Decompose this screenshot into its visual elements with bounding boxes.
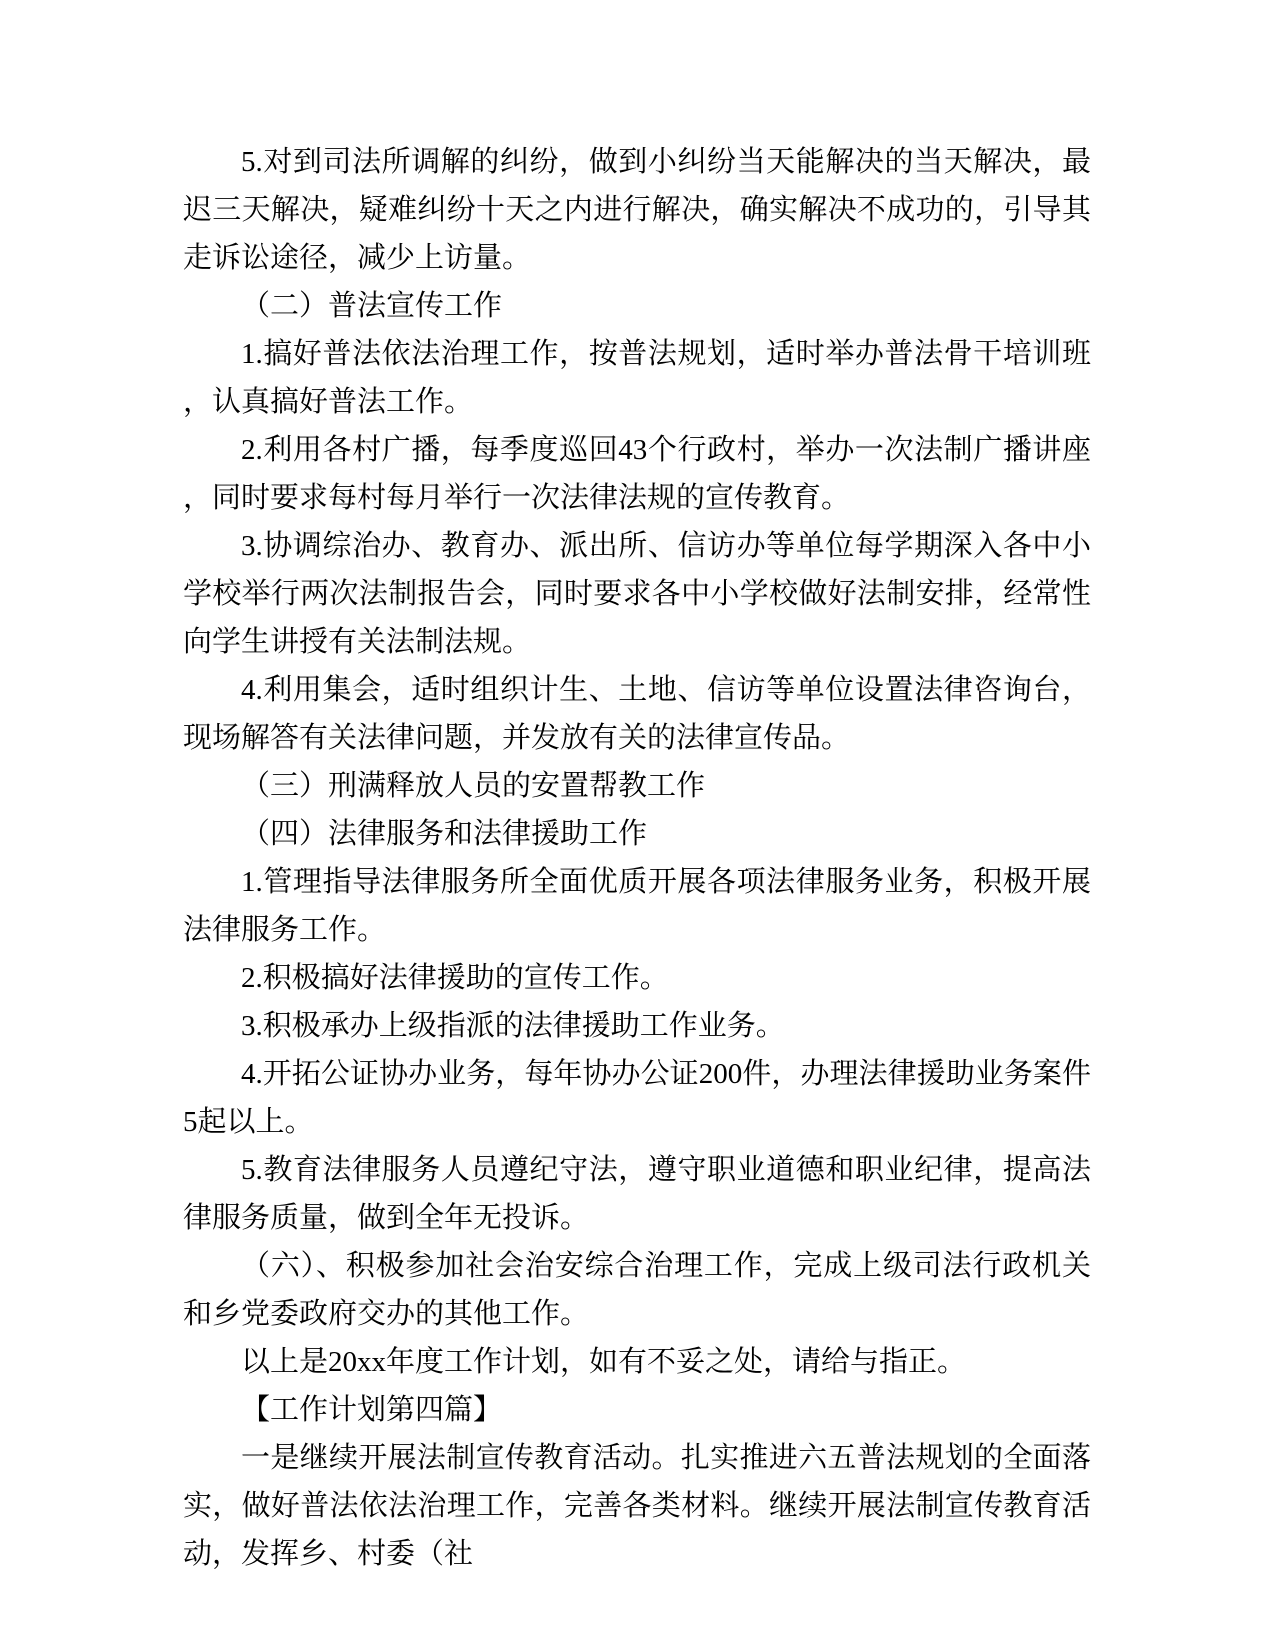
paragraph: 5.对到司法所调解的纠纷，做到小纠纷当天能解决的当天解决，最迟三天解决，疑难纠纷… bbox=[183, 138, 1091, 282]
section-heading: （三）刑满释放人员的安置帮教工作 bbox=[183, 762, 1091, 810]
paragraph: 5.教育法律服务人员遵纪守法，遵守职业道德和职业纪律，提高法律服务质量，做到全年… bbox=[183, 1146, 1091, 1242]
paragraph: 一是继续开展法制宣传教育活动。扎实推进六五普法规划的全面落实，做好普法依法治理工… bbox=[183, 1434, 1091, 1578]
paragraph: 3.协调综治办、教育办、派出所、信访办等单位每学期深入各中小学校举行两次法制报告… bbox=[183, 522, 1091, 666]
paragraph: 2.利用各村广播，每季度巡回43个行政村，举办一次法制广播讲座，同时要求每村每月… bbox=[183, 426, 1091, 522]
paragraph: 2.积极搞好法律援助的宣传工作。 bbox=[183, 954, 1091, 1002]
document-body: 5.对到司法所调解的纠纷，做到小纠纷当天能解决的当天解决，最迟三天解决，疑难纠纷… bbox=[183, 138, 1091, 1578]
section-heading: （二）普法宣传工作 bbox=[183, 282, 1091, 330]
paragraph: 1.管理指导法律服务所全面优质开展各项法律服务业务，积极开展法律服务工作。 bbox=[183, 858, 1091, 954]
paragraph: 以上是20xx年度工作计划，如有不妥之处，请给与指正。 bbox=[183, 1338, 1091, 1386]
section-heading: （四）法律服务和法律援助工作 bbox=[183, 810, 1091, 858]
paragraph: 4.开拓公证协办业务，每年协办公证200件，办理法律援助业务案件5起以上。 bbox=[183, 1050, 1091, 1146]
paragraph: 3.积极承办上级指派的法律援助工作业务。 bbox=[183, 1002, 1091, 1050]
paragraph: （六）、积极参加社会治安综合治理工作，完成上级司法行政机关和乡党委政府交办的其他… bbox=[183, 1242, 1091, 1338]
document-page: 5.对到司法所调解的纠纷，做到小纠纷当天能解决的当天解决，最迟三天解决，疑难纠纷… bbox=[0, 0, 1275, 1650]
paragraph: 1.搞好普法依法治理工作，按普法规划，适时举办普法骨干培训班，认真搞好普法工作。 bbox=[183, 330, 1091, 426]
part-heading: 【工作计划第四篇】 bbox=[183, 1386, 1091, 1434]
paragraph: 4.利用集会，适时组织计生、土地、信访等单位设置法律咨询台，现场解答有关法律问题… bbox=[183, 666, 1091, 762]
